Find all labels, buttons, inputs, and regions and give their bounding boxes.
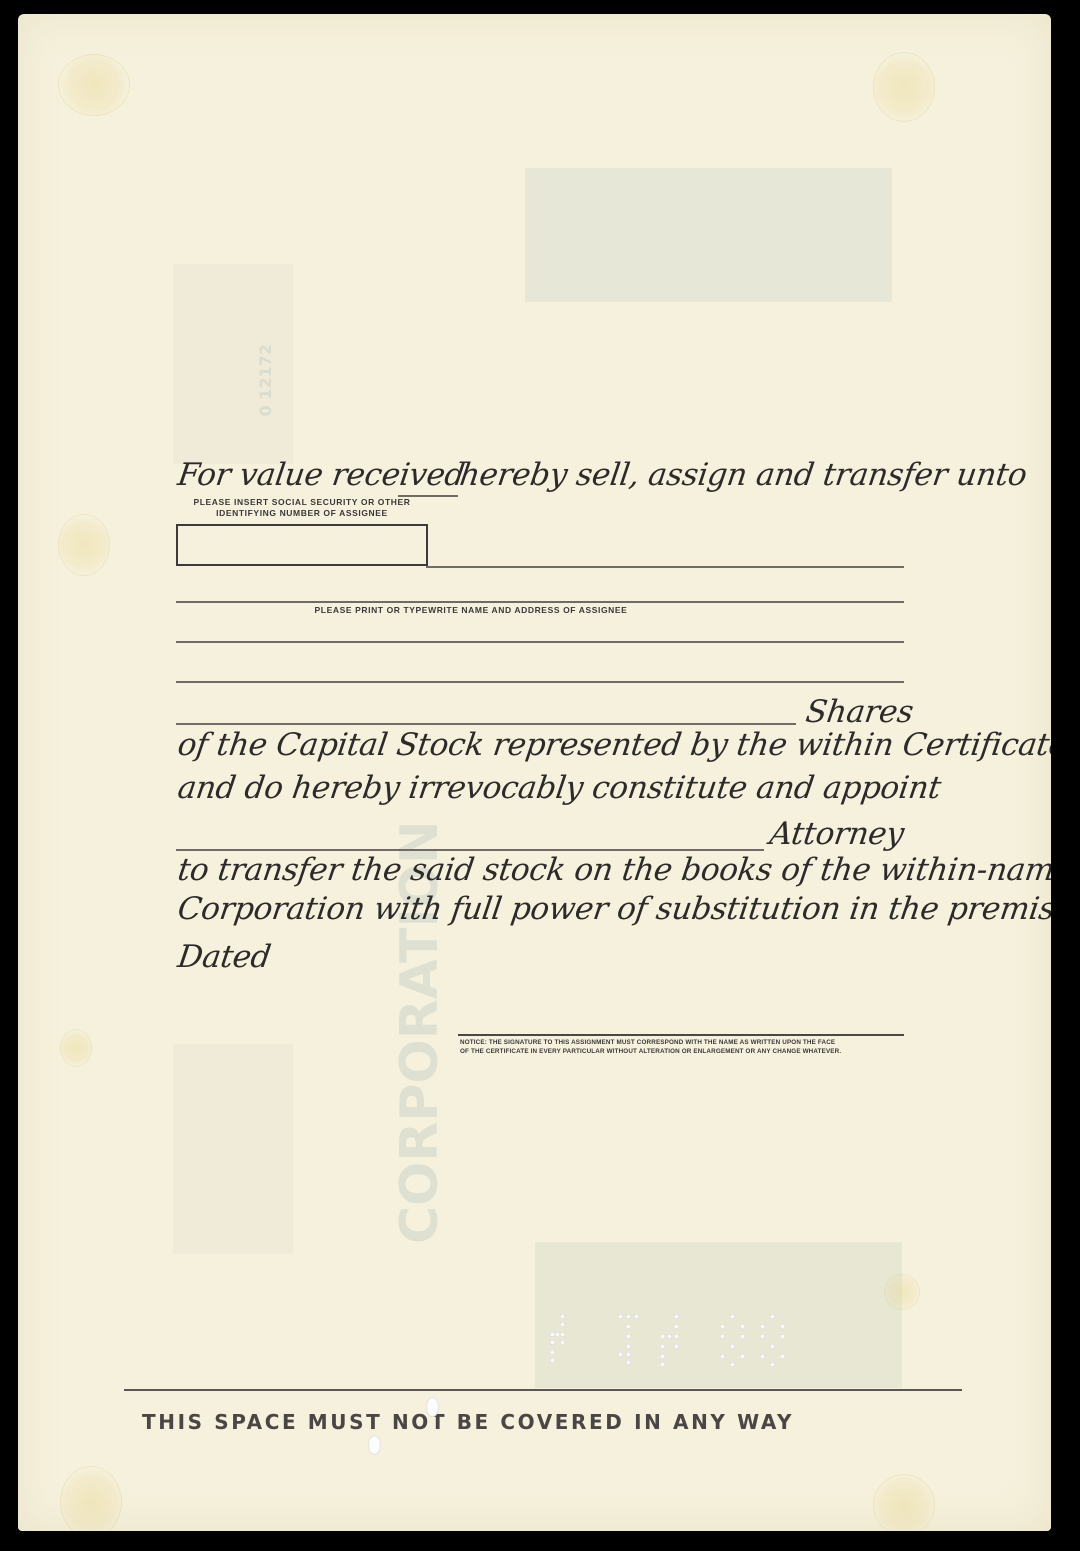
attorney-label: Attorney <box>767 816 906 852</box>
stain <box>60 1466 122 1531</box>
showthrough-left-panel-bottom <box>173 1044 293 1254</box>
showthrough-left-panel-top <box>173 264 293 464</box>
footer-rule <box>124 1389 962 1391</box>
corporation-text: Corporation with full power of substitut… <box>175 891 1051 927</box>
dated-label: Dated <box>175 939 273 975</box>
perforated-serial-number <box>550 1314 810 1374</box>
transfer-text: to transfer the said stock on the books … <box>175 852 1051 888</box>
capital-stock-text: of the Capital Stock represented by the … <box>175 727 1051 763</box>
showthrough-certificate-number: 0 12172 <box>256 344 275 416</box>
stain <box>58 54 130 116</box>
certificate-back-paper: CORPORATION 0 12172 For value received h… <box>18 14 1051 1531</box>
stain <box>58 514 110 576</box>
shares-count-line <box>176 723 796 725</box>
stain <box>884 1274 920 1310</box>
irrevocably-text: and do hereby irrevocably constitute and… <box>175 770 943 806</box>
assignee-line-1 <box>426 566 904 568</box>
hereby-sell-text: hereby sell, assign and transfer unto <box>457 457 1029 493</box>
attorney-name-line <box>176 849 764 851</box>
ssn-label-line2: IDENTIFYING NUMBER OF ASSIGNEE <box>174 508 430 518</box>
stain <box>873 1474 935 1531</box>
signature-notice-line2: OF THE CERTIFICATE IN EVERY PARTICULAR W… <box>460 1047 841 1056</box>
stain <box>60 1029 92 1067</box>
ssn-label-line1: PLEASE INSERT SOCIAL SECURITY OR OTHER <box>174 497 430 507</box>
for-value-received-text: For value received <box>175 457 466 493</box>
signature-notice-line1: NOTICE: THE SIGNATURE TO THIS ASSIGNMENT… <box>460 1038 835 1047</box>
shares-label: Shares <box>803 694 915 730</box>
do-not-cover-warning: THIS SPACE MUST NOT BE COVERED IN ANY WA… <box>142 1410 794 1434</box>
name-address-label: PLEASE PRINT OR TYPEWRITE NAME AND ADDRE… <box>176 605 766 615</box>
stain <box>873 52 935 122</box>
punch-hole <box>426 1397 439 1417</box>
signature-line <box>458 1034 904 1036</box>
assignee-line-2 <box>176 601 904 603</box>
assignee-line-3 <box>176 641 904 643</box>
ssn-input-box[interactable] <box>176 524 428 566</box>
assignee-line-4 <box>176 681 904 683</box>
punch-hole <box>368 1435 381 1455</box>
showthrough-top-panel <box>525 168 892 302</box>
